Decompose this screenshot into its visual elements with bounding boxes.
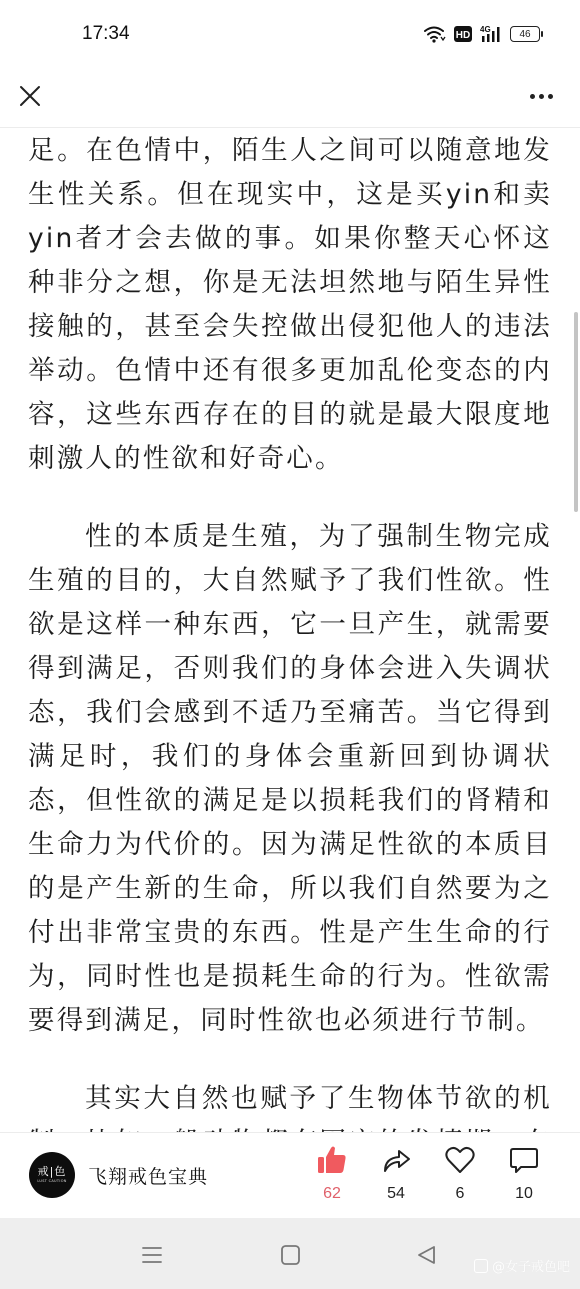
- status-time: 17:34: [82, 23, 130, 45]
- author-action-bar: 戒|色 LUST CAUTION 飞翔戒色宝典 62 54: [0, 1132, 580, 1218]
- heart-icon: [445, 1143, 475, 1177]
- watermark: @女子戒色吧: [474, 1256, 570, 1275]
- more-dot: [539, 94, 544, 99]
- top-nav: [0, 70, 580, 128]
- comment-icon: [509, 1143, 539, 1177]
- favorite-count: 6: [456, 1185, 465, 1203]
- article-body: 足。在色情中，陌生人之间可以随意地发生性关系。但在现实中，这是买yin和卖yin…: [28, 129, 552, 1132]
- wifi-icon: [424, 25, 446, 43]
- more-options-button[interactable]: [524, 80, 558, 112]
- battery-icon: 46: [510, 26, 540, 42]
- article-paragraph: 性的本质是生殖，为了强制生物完成生殖的目的，大自然赋予了我们性欲。性欲是这样一种…: [28, 515, 552, 1043]
- more-dot: [548, 94, 553, 99]
- like-button[interactable]: 62: [300, 1143, 364, 1213]
- share-count: 54: [387, 1185, 405, 1203]
- watermark-text: @女子戒色吧: [492, 1256, 570, 1275]
- back-icon: [416, 1244, 438, 1266]
- home-button[interactable]: [276, 1240, 306, 1270]
- hd-icon: HD: [454, 26, 472, 42]
- comment-button[interactable]: 10: [492, 1143, 556, 1213]
- comment-count: 10: [515, 1185, 533, 1203]
- system-nav-bar: @女子戒色吧: [0, 1218, 580, 1289]
- author-name[interactable]: 飞翔戒色宝典: [88, 1162, 208, 1189]
- status-bar: 17:34 HD 4G 46: [0, 0, 580, 70]
- avatar[interactable]: 戒|色 LUST CAUTION: [29, 1152, 75, 1198]
- more-dot: [530, 94, 535, 99]
- svg-text:4G: 4G: [480, 25, 491, 34]
- article-paragraph: 其实大自然也赋予了生物体节欲的机制。比如一般动物都有固定的发情期，在非发情期中它…: [28, 1077, 552, 1132]
- svg-text:HD: HD: [456, 30, 470, 41]
- share-arrow-icon: [381, 1143, 411, 1177]
- close-button[interactable]: [14, 80, 46, 112]
- thumbs-up-icon: [317, 1143, 347, 1177]
- avatar-subtext: LUST CAUTION: [37, 1179, 66, 1184]
- recent-apps-button[interactable]: [137, 1240, 167, 1270]
- status-icons: HD 4G 46: [424, 25, 540, 43]
- menu-icon: [141, 1244, 163, 1266]
- scrollbar[interactable]: [574, 312, 578, 512]
- share-button[interactable]: 54: [364, 1143, 428, 1213]
- signal-4g-icon: 4G: [480, 25, 502, 43]
- article-viewport[interactable]: 足。在色情中，陌生人之间可以随意地发生性关系。但在现实中，这是买yin和卖yin…: [0, 129, 580, 1132]
- article-paragraph: 足。在色情中，陌生人之间可以随意地发生性关系。但在现实中，这是买yin和卖yin…: [28, 129, 552, 481]
- back-button[interactable]: [412, 1240, 442, 1270]
- action-buttons: 62 54 6 10: [300, 1143, 560, 1213]
- like-count: 62: [323, 1185, 341, 1203]
- home-icon: [280, 1244, 302, 1266]
- weibo-logo-icon: [474, 1259, 488, 1273]
- favorite-button[interactable]: 6: [428, 1143, 492, 1213]
- avatar-text: 戒|色: [38, 1166, 67, 1178]
- close-icon: [19, 85, 41, 107]
